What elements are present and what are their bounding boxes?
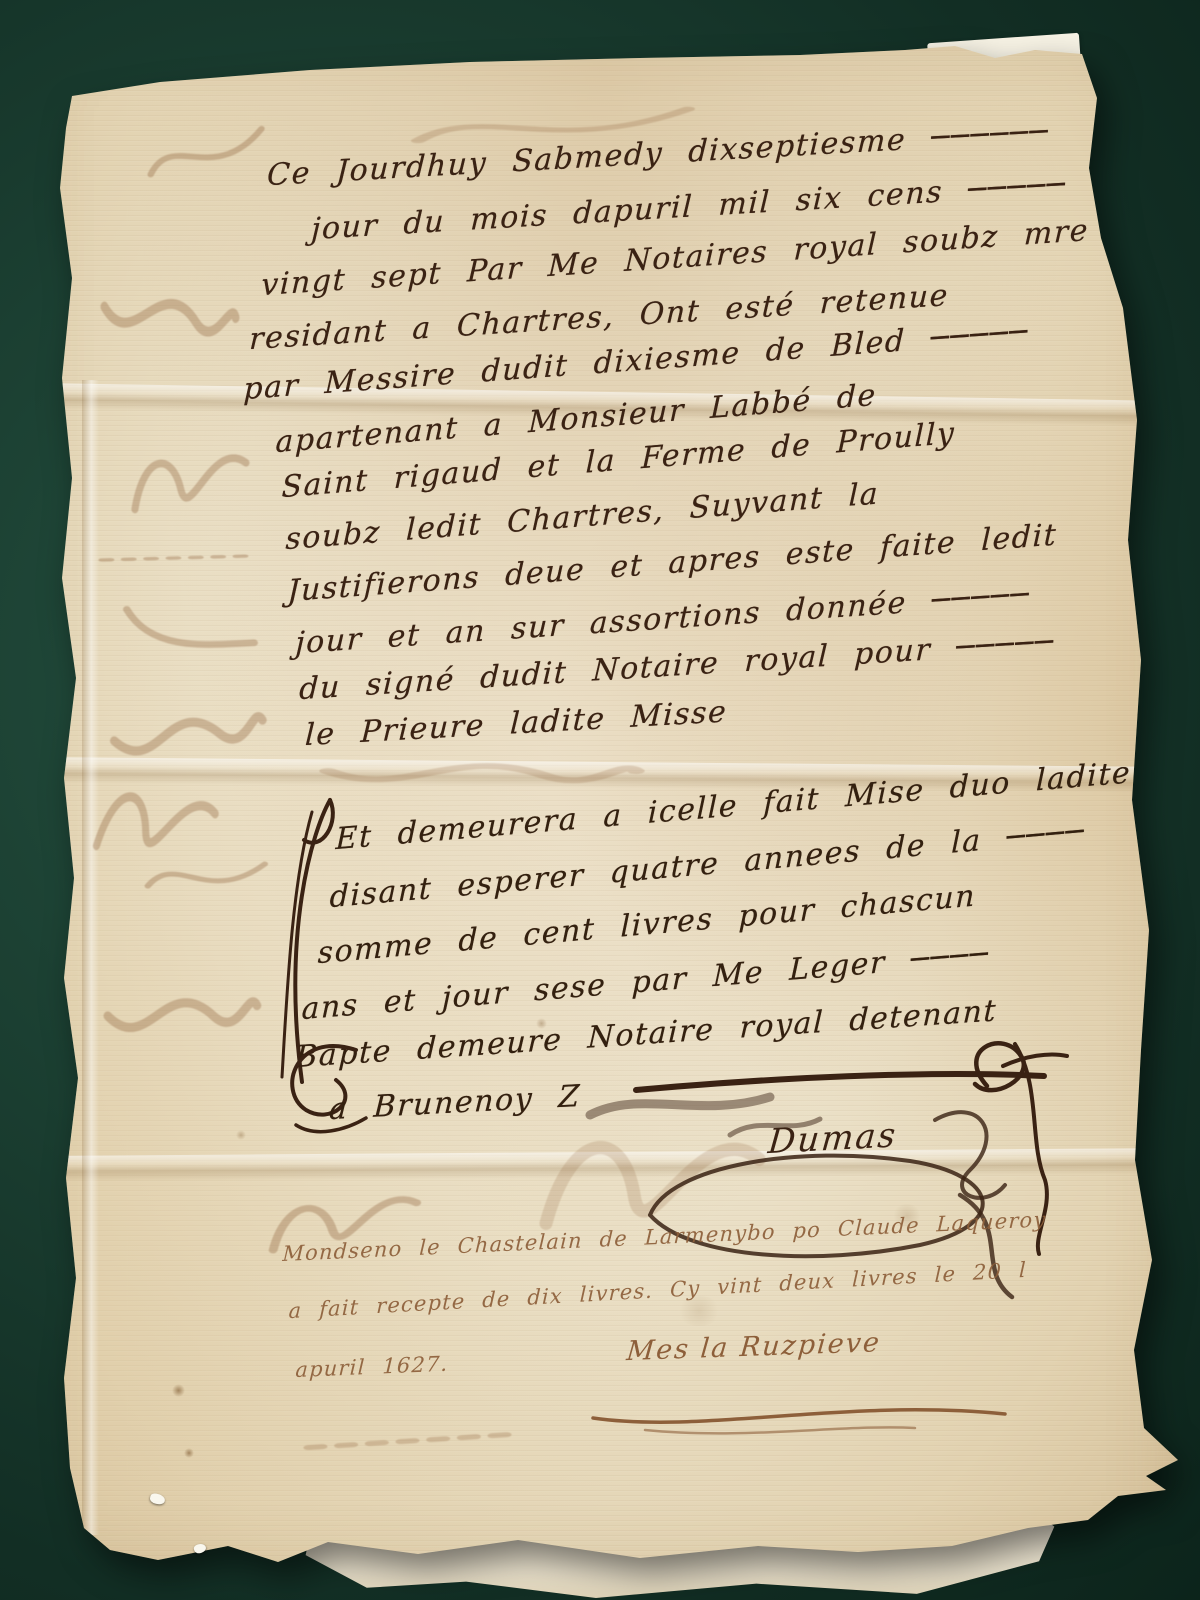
manuscript-sheet-wrap: Ce Jourdhuy Sabmedy dixseptiesme ────── … bbox=[0, 0, 1200, 1600]
receipt-note: Mondseno le Chastelain de Larmenybo po C… bbox=[0, 0, 1200, 1600]
note-line: apuril 1627. bbox=[295, 1352, 449, 1382]
manuscript-sheet: Ce Jourdhuy Sabmedy dixseptiesme ────── … bbox=[0, 0, 1200, 1600]
signature-note: Mes la Ruzpieve bbox=[625, 1327, 882, 1367]
note-line: Mondseno le Chastelain de Larmenybo po C… bbox=[282, 1207, 1047, 1266]
photograph-of-manuscript: Ce Jourdhuy Sabmedy dixseptiesme ────── … bbox=[0, 0, 1200, 1600]
note-line: a fait recepte de dix livres. Cy vint de… bbox=[288, 1258, 1027, 1323]
note-signature-underline-flourish bbox=[585, 1388, 1015, 1438]
